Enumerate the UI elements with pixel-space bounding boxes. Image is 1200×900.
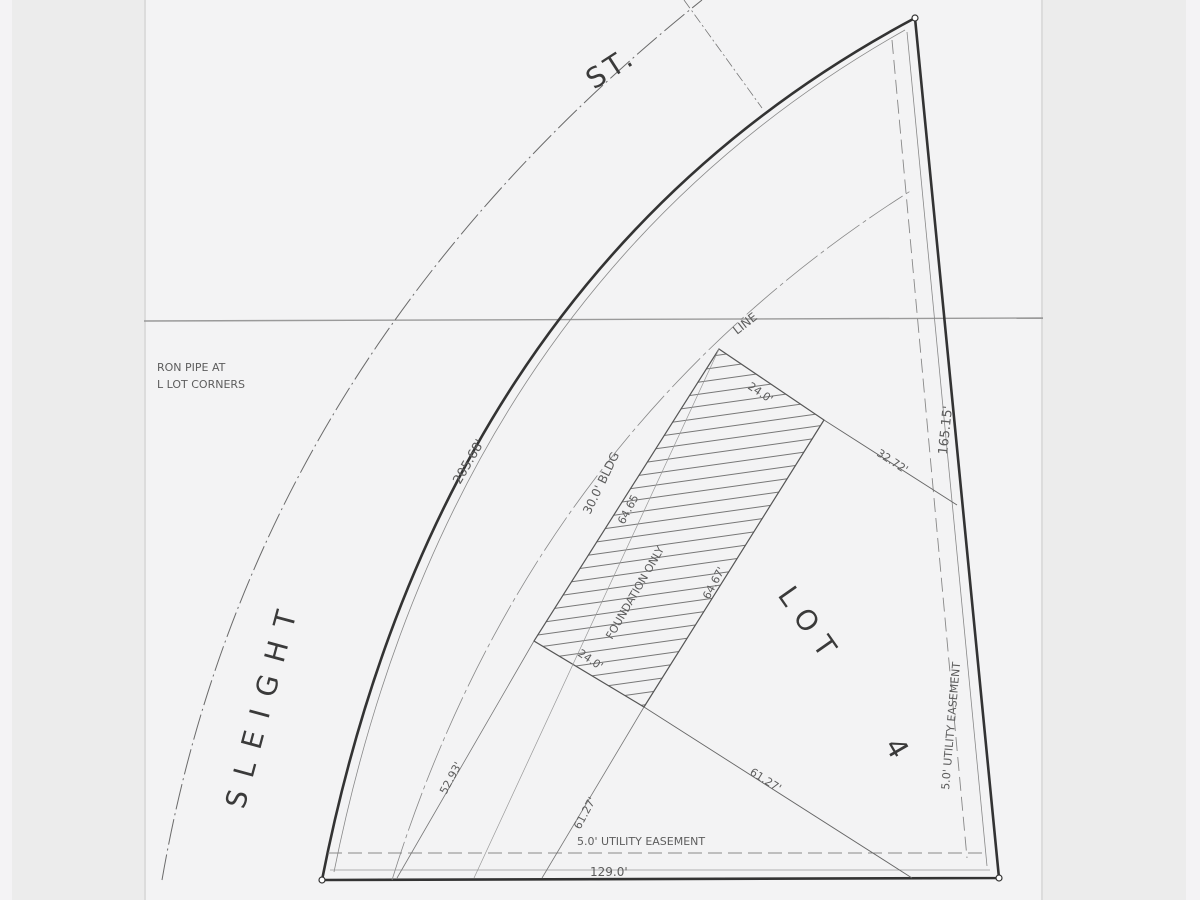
s-diag-right-label: 61.27' xyxy=(747,766,783,795)
image-viewer: RON PIPE AT L LOT CORNERS SLEIGHT ST. LO… xyxy=(12,0,1186,900)
street-name-sleight: SLEIGHT xyxy=(219,593,307,811)
street-name-st: ST. xyxy=(580,40,642,96)
note-line-2: L LOT CORNERS xyxy=(157,378,245,391)
survey-plat-drawing: RON PIPE AT L LOT CORNERS SLEIGHT ST. LO… xyxy=(144,0,1043,900)
street-width-dimension-line xyxy=(684,0,762,108)
s-diag-left-label: 61.27' xyxy=(571,795,599,832)
setback-line-label: LINE xyxy=(730,310,760,338)
south-line-label: 129.0' xyxy=(590,865,628,879)
lot-number: 4 xyxy=(878,732,915,764)
east-easement-label: 5.0' UTILITY EASEMENT xyxy=(939,661,963,790)
scanned-plat-page: RON PIPE AT L LOT CORNERS SLEIGHT ST. LO… xyxy=(144,0,1043,900)
note-line-1: RON PIPE AT xyxy=(157,361,226,374)
to-east-line-label: 32.72' xyxy=(874,447,910,477)
dim-sw-diag xyxy=(397,641,534,878)
lot-corner-se xyxy=(996,875,1002,881)
sw-diag-label: 52.93' xyxy=(437,760,465,797)
south-easement-label: 5.0' UTILITY EASEMENT xyxy=(577,835,705,848)
lot-label: LOT xyxy=(771,580,850,672)
east-line-label: 165.15' xyxy=(936,405,956,455)
dim-s-diag xyxy=(542,707,644,878)
arc-dimension-line xyxy=(334,30,905,872)
lot-corner-ne xyxy=(912,15,918,21)
setback-label: 30.0' BLDG xyxy=(580,450,622,517)
lot-corner-sw xyxy=(319,877,325,883)
fold-crease xyxy=(144,318,1043,321)
